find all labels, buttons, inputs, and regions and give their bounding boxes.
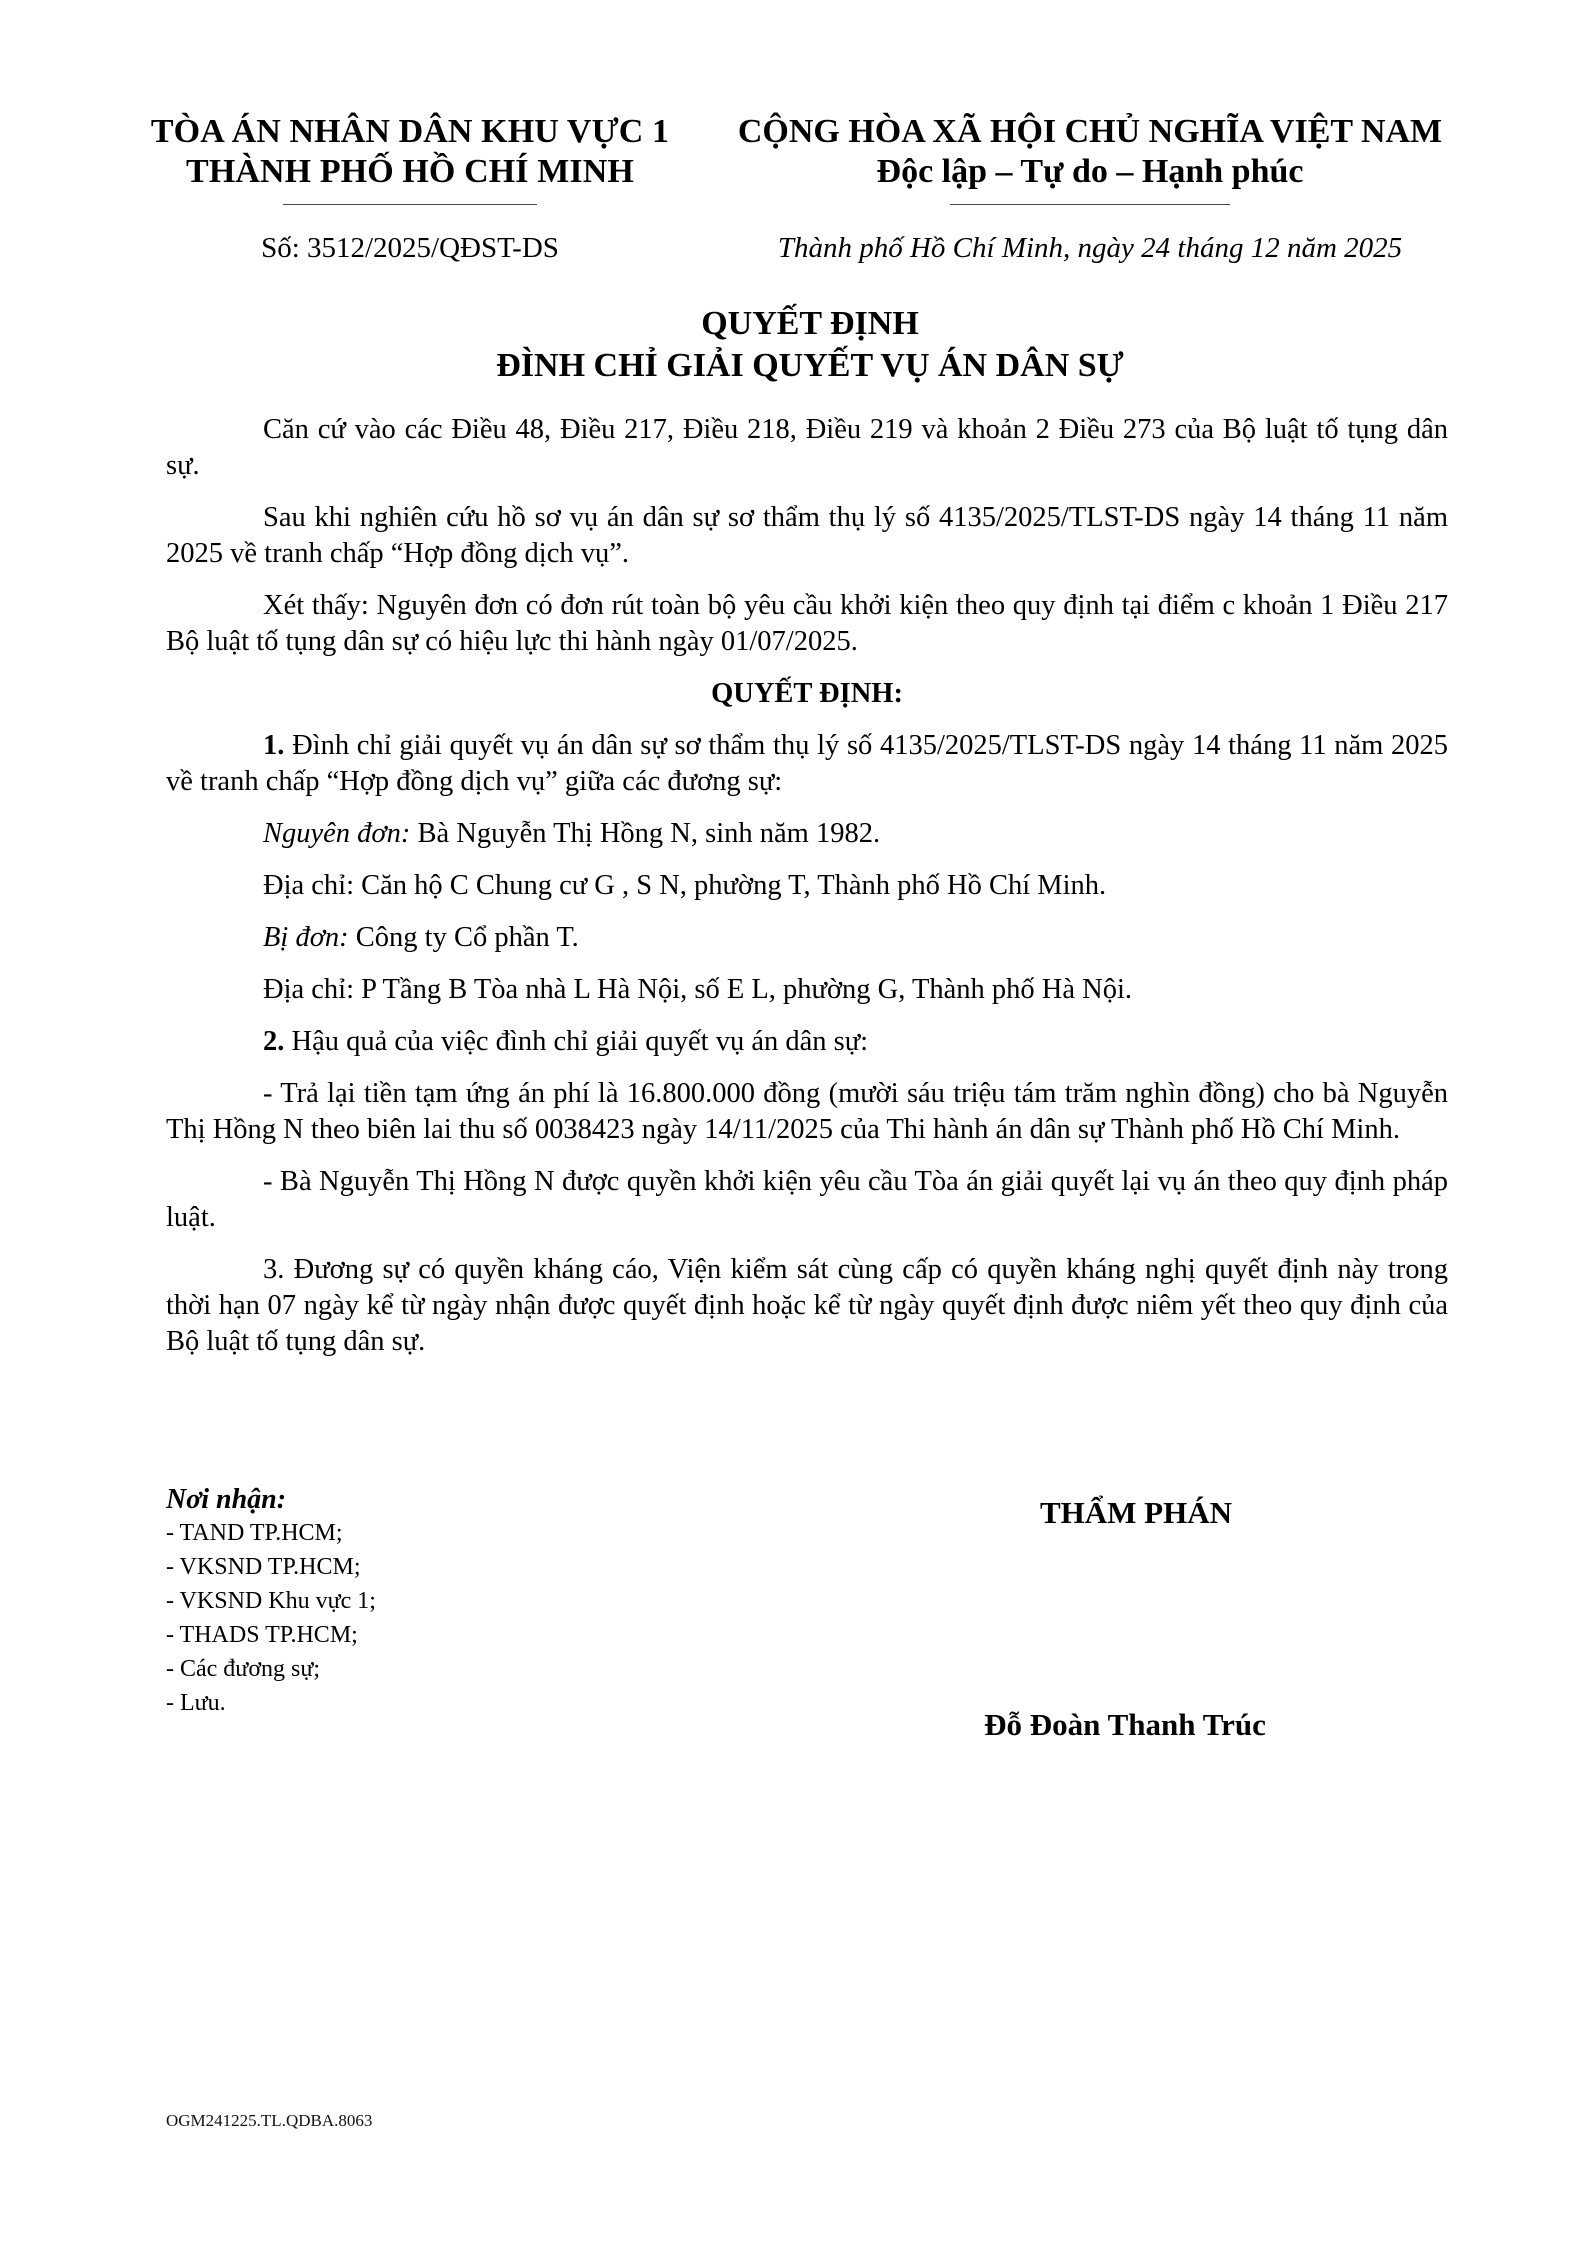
refund-paragraph: - Trả lại tiền tạm ứng án phí là 16.800.… bbox=[166, 1076, 1448, 1148]
item-1-number: 1. bbox=[263, 730, 284, 761]
motto-underline bbox=[950, 204, 1230, 205]
right-to-resue-paragraph: - Bà Nguyễn Thị Hồng N được quyền khởi k… bbox=[166, 1164, 1448, 1236]
court-header-underline bbox=[283, 204, 537, 205]
document-title: QUYẾT ĐỊNH ĐÌNH CHỈ GIẢI QUYẾT VỤ ÁN DÂN… bbox=[160, 303, 1460, 387]
national-motto: Độc lập – Tự do – Hạnh phúc bbox=[720, 152, 1460, 192]
national-header: CỘNG HÒA XÃ HỘI CHỦ NGHĨA VIỆT NAM Độc l… bbox=[720, 112, 1460, 205]
item-1-text: Đình chỉ giải quyết vụ án dân sự sơ thẩm… bbox=[166, 730, 1448, 797]
item-2-number: 2. bbox=[263, 1026, 284, 1057]
defendant-value: Công ty Cổ phần T. bbox=[356, 922, 579, 953]
court-name-line1: TÒA ÁN NHÂN DÂN KHU VỰC 1 bbox=[130, 112, 690, 152]
recipients-block: Nơi nhận: - TAND TP.HCM; - VKSND TP.HCM;… bbox=[166, 1484, 666, 1720]
recipients-label: Nơi nhận: bbox=[166, 1484, 666, 1516]
defendant-address: Địa chỉ: P Tầng B Tòa nhà L Hà Nội, số E… bbox=[166, 972, 1448, 1008]
considering-paragraph: Xét thấy: Nguyên đơn có đơn rút toàn bộ … bbox=[166, 588, 1448, 660]
decision-item-3: 3. Đương sự có quyền kháng cáo, Viện kiể… bbox=[166, 1252, 1448, 1360]
title-line2: ĐÌNH CHỈ GIẢI QUYẾT VỤ ÁN DÂN SỰ bbox=[160, 345, 1460, 387]
recipient-item: - Các đương sự; bbox=[166, 1652, 666, 1686]
recipient-item: - Lưu. bbox=[166, 1686, 666, 1720]
recipient-item: - VKSND Khu vực 1; bbox=[166, 1584, 666, 1618]
legal-basis-paragraph: Căn cứ vào các Điều 48, Điều 217, Điều 2… bbox=[166, 412, 1448, 484]
signature-block: THẨM PHÁN Đỗ Đoàn Thanh Trúc bbox=[900, 1494, 1350, 1744]
document-page: TÒA ÁN NHÂN DÂN KHU VỰC 1 THÀNH PHỐ HỒ C… bbox=[0, 0, 1586, 2244]
place-and-date: Thành phố Hồ Chí Minh, ngày 24 tháng 12 … bbox=[720, 230, 1460, 266]
plaintiff-paragraph: Nguyên đơn: Bà Nguyễn Thị Hồng N, sinh n… bbox=[166, 816, 1448, 852]
decision-item-2: 2. Hậu quả của việc đình chỉ giải quyết … bbox=[166, 1024, 1448, 1060]
signer-title: THẨM PHÁN bbox=[911, 1494, 1361, 1532]
recipient-item: - THADS TP.HCM; bbox=[166, 1618, 666, 1652]
title-line1: QUYẾT ĐỊNH bbox=[160, 303, 1460, 345]
review-paragraph: Sau khi nghiên cứu hồ sơ vụ án dân sự sơ… bbox=[166, 500, 1448, 572]
item-2-text: Hậu quả của việc đình chỉ giải quyết vụ … bbox=[292, 1026, 869, 1057]
defendant-paragraph: Bị đơn: Công ty Cổ phần T. bbox=[166, 920, 1448, 956]
court-name-line2: THÀNH PHỐ HỒ CHÍ MINH bbox=[130, 152, 690, 192]
recipient-item: - TAND TP.HCM; bbox=[166, 1516, 666, 1550]
document-code: OGM241225.TL.QDBA.8063 bbox=[166, 2111, 372, 2131]
decision-item-1: 1. Đình chỉ giải quyết vụ án dân sự sơ t… bbox=[166, 728, 1448, 800]
recipient-item: - VKSND TP.HCM; bbox=[166, 1550, 666, 1584]
document-number: Số: 3512/2025/QĐST-DS bbox=[130, 230, 690, 266]
recipients-list: - TAND TP.HCM; - VKSND TP.HCM; - VKSND K… bbox=[166, 1516, 666, 1720]
document-body: Căn cứ vào các Điều 48, Điều 217, Điều 2… bbox=[166, 412, 1448, 1376]
signer-name: Đỗ Đoàn Thanh Trúc bbox=[900, 1706, 1350, 1744]
plaintiff-address: Địa chỉ: Căn hộ C Chung cư G , S N, phườ… bbox=[166, 868, 1448, 904]
decision-heading: QUYẾT ĐỊNH: bbox=[166, 676, 1448, 712]
national-title: CỘNG HÒA XÃ HỘI CHỦ NGHĨA VIỆT NAM bbox=[720, 112, 1460, 152]
defendant-label: Bị đơn: bbox=[263, 922, 349, 953]
plaintiff-label: Nguyên đơn: bbox=[263, 818, 410, 849]
court-header: TÒA ÁN NHÂN DÂN KHU VỰC 1 THÀNH PHỐ HỒ C… bbox=[130, 112, 690, 205]
plaintiff-value: Bà Nguyễn Thị Hồng N, sinh năm 1982. bbox=[418, 818, 881, 849]
